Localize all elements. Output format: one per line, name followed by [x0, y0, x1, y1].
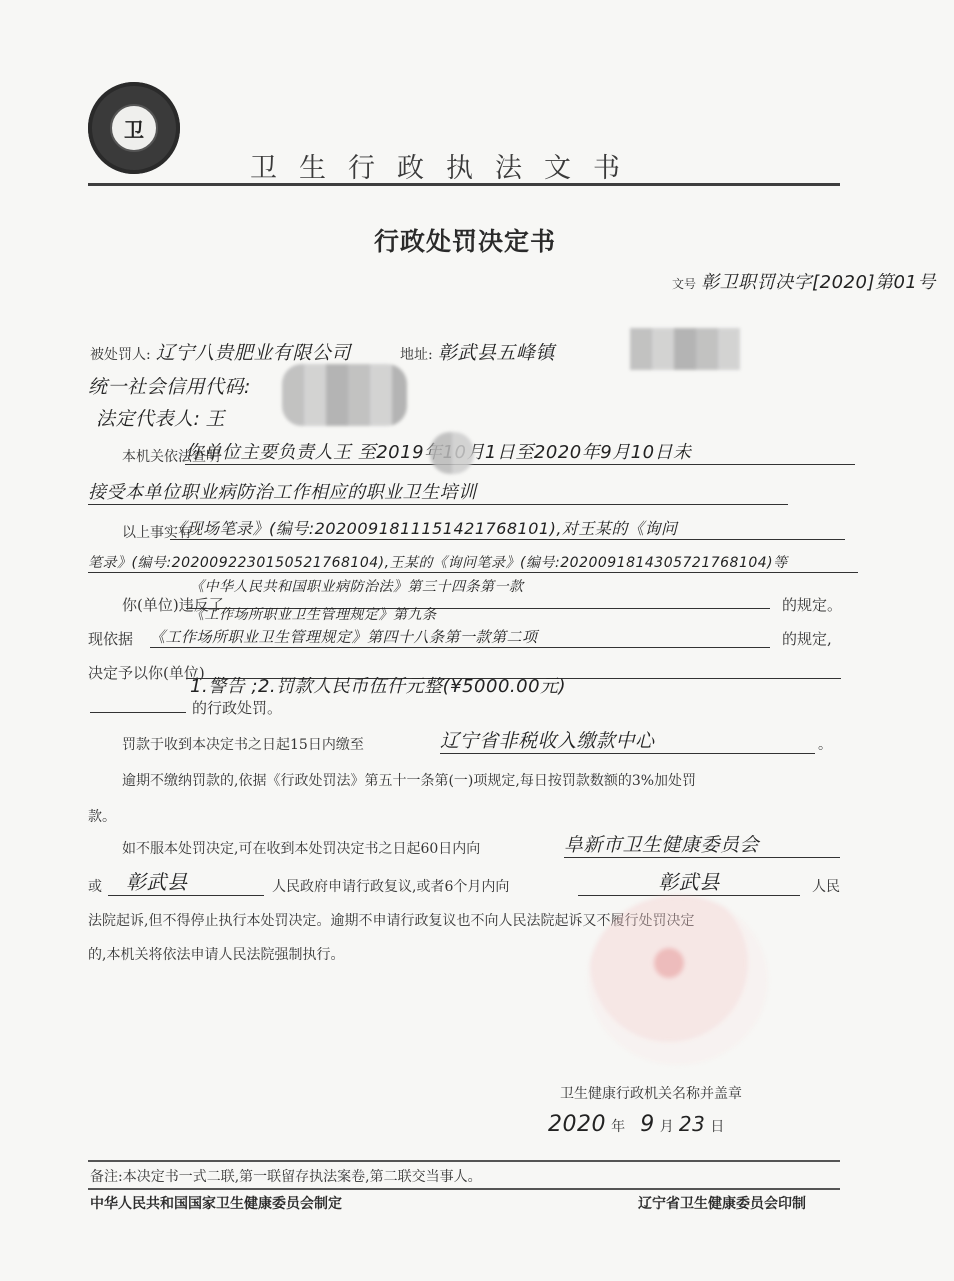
official-seal-redacted — [588, 895, 768, 1065]
address-label: 地址: — [400, 347, 433, 363]
date-day-label: 日 — [710, 1119, 724, 1135]
signature-date: 2020 年 9 月 23 日 — [548, 1112, 724, 1137]
payment-destination: 辽宁省非税收入缴款中心 — [440, 726, 815, 754]
date-month-label: 月 — [660, 1119, 674, 1135]
decision-value: 1.警告 ;2.罚款人民币伍仟元整(¥5000.00元) — [190, 672, 566, 698]
doc-number-value: 彰卫职罚决字[2020]第01号 — [701, 272, 936, 293]
redacted-name — [430, 432, 474, 474]
violation-value-1: 《中华人民共和国职业病防治法》第三十四条第一款 — [190, 576, 524, 596]
doc-number: 文号 彰卫职罚决字[2020]第01号 — [672, 268, 936, 294]
appeal-line-4: 的,本机关将依法申请人民法院强制执行。 — [88, 944, 344, 964]
legal-rep-row: 法定代表人: 王 — [96, 404, 225, 431]
credit-code-label: 统一社会信用代码: — [88, 376, 251, 398]
appeal-or-label: 或 — [88, 876, 102, 896]
issuer-right: 辽宁省卫生健康委员会印制 — [638, 1193, 806, 1213]
date-day: 23 — [679, 1112, 705, 1136]
issuer-left: 中华人民共和国国家卫生健康委员会制定 — [90, 1193, 342, 1213]
payment-prefix: 罚款于收到本决定书之日起15日内缴至 — [122, 734, 364, 754]
appeal-government: 彰武县 — [108, 866, 264, 896]
appeal-review-body: 阜新市卫生健康委员会 — [564, 830, 840, 858]
appeal-court-suffix: 人民 — [812, 876, 840, 896]
basis-value: 《工作场所职业卫生管理规定》第四十八条第一款第二项 — [150, 626, 770, 648]
credit-code-row: 统一社会信用代码: — [88, 372, 251, 399]
date-year: 2020 — [548, 1112, 606, 1137]
date-month: 9 — [640, 1112, 655, 1137]
decision-suffix: 的行政处罚。 — [192, 697, 282, 718]
address-row: 地址: 彰武县五峰镇 — [400, 338, 555, 365]
appeal-line-3: 法院起诉,但不得停止执行本处罚决定。逾期不申请行政复议也不向人民法院起诉又不履行… — [88, 910, 694, 930]
doc-number-label: 文号 — [672, 277, 696, 291]
basis-suffix: 的规定, — [782, 628, 832, 649]
evidence-line-2: 笔录》(编号:2020092230150521768104),王某的《询问笔录》… — [88, 552, 858, 573]
legal-rep-value: 王 — [206, 408, 226, 430]
penalized-party-row: 被处罚人: 辽宁八贵肥业有限公司 — [90, 338, 351, 365]
facts-line-2: 接受本单位职业病防治工作相应的职业卫生培训 — [88, 478, 788, 505]
date-year-label: 年 — [611, 1119, 625, 1135]
header-divider — [88, 183, 840, 186]
decision-label: 决定予以你(单位) — [88, 662, 205, 683]
series-title: 卫生行政执法文书 — [250, 146, 642, 185]
violation-value-2: 《工作场所职业卫生管理规定》第九条 — [190, 604, 437, 624]
health-inspection-emblem-icon: 卫 — [88, 82, 180, 174]
footer-note: 备注:本决定书一式二联,第一联留存执法案卷,第二联交当事人。 — [90, 1166, 482, 1186]
appeal-mid-text: 人民政府申请行政复议,或者6个月内向 — [272, 876, 509, 896]
appeal-court: 彰武县 — [578, 866, 800, 896]
document-title: 行政处罚决定书 — [374, 222, 556, 258]
late-payment-text: 逾期不缴纳罚款的,依据《行政处罚法》第五十一条第(一)项规定,每日按罚款数额的3… — [122, 770, 696, 790]
payment-suffix: 。 — [818, 734, 832, 754]
legal-rep-label: 法定代表人: — [96, 408, 200, 430]
evidence-line-1: 《现场笔录》(编号:2020091811151421768101),对王某的《询… — [170, 516, 845, 540]
stamp-label: 卫生健康行政机关名称并盖章 — [560, 1083, 742, 1103]
redacted-address — [630, 328, 740, 370]
emblem-center: 卫 — [110, 104, 158, 152]
penalized-value: 辽宁八贵肥业有限公司 — [156, 342, 351, 364]
address-value: 彰武县五峰镇 — [438, 342, 555, 364]
facts-line-1: 你单位主要负责人王 至2019年10月1日至2020年9月10日未 — [185, 438, 855, 465]
penalized-label: 被处罚人: — [90, 347, 151, 363]
basis-label: 现依据 — [88, 628, 133, 649]
late-payment-text-cont: 款。 — [88, 806, 116, 826]
footer-divider-top — [88, 1160, 840, 1162]
appeal-prefix: 如不服本处罚决定,可在收到本处罚决定书之日起60日内向 — [122, 838, 480, 858]
redacted-credit-code — [282, 364, 407, 426]
decision-underline-2 — [90, 712, 186, 713]
footer-divider-bottom — [88, 1188, 840, 1190]
violation-suffix: 的规定。 — [782, 594, 842, 615]
